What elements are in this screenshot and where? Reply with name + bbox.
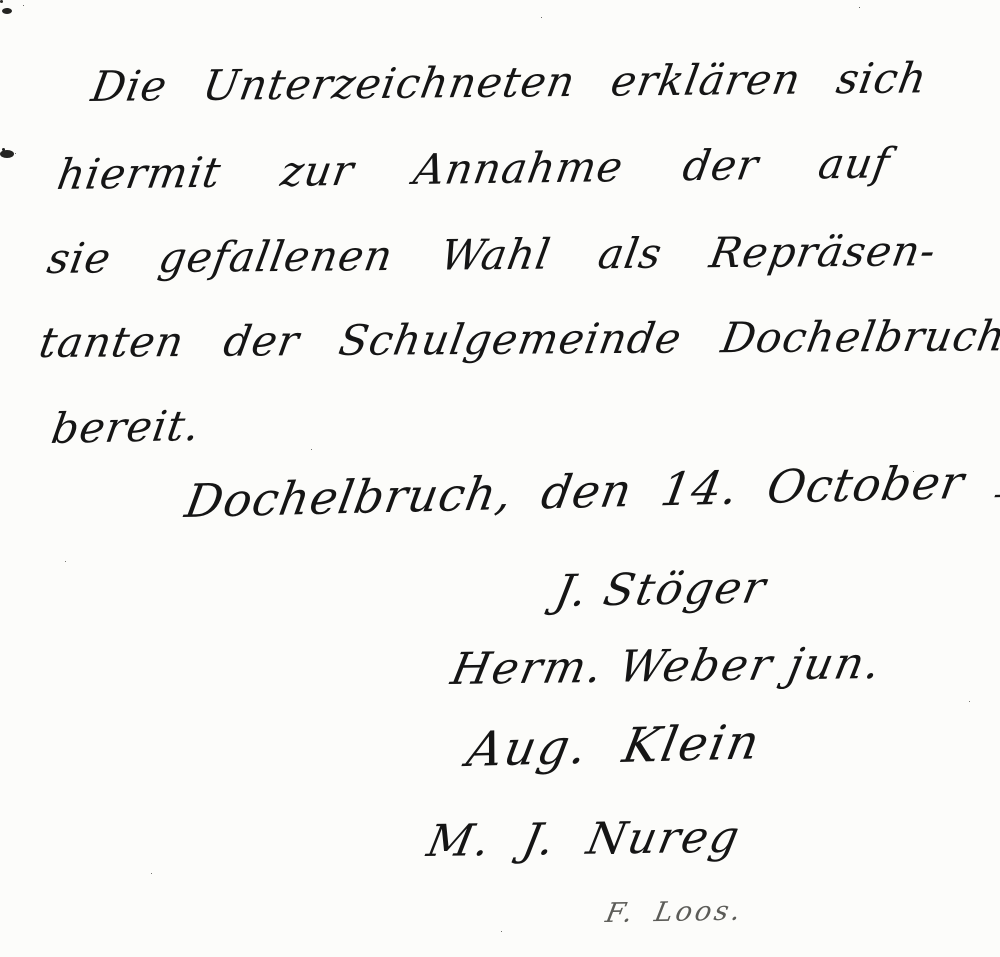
ink-specks [0, 0, 3, 3]
handwritten-line-1: Die Unterzeichneten erklären sich [88, 53, 931, 111]
handwritten-line-2: hiermit zur Annahme der auf [54, 138, 894, 199]
scan-edge-mark [2, 8, 12, 14]
scanned-document-page: Die Unterzeichneten erklären sich hiermi… [0, 0, 1000, 957]
handwritten-line-3: sie gefallenen Wahl als Repräsen- [44, 226, 940, 283]
handwritten-line-4: tanten der Schulgemeinde Dochelbruch [36, 311, 1000, 367]
handwritten-line-5: bereit. [48, 401, 203, 453]
signature-4: M. J. Nureg [423, 812, 745, 867]
signature-1: J. Stöger [551, 562, 771, 617]
signature-2: Herm. Weber jun. [447, 638, 887, 695]
countersignature: F. Loos. [603, 896, 746, 929]
signature-3: Aug. Klein [463, 714, 766, 778]
dateline: Dochelbruch, den 14. October 1869. [181, 451, 1000, 528]
scan-edge-mark [0, 150, 14, 158]
